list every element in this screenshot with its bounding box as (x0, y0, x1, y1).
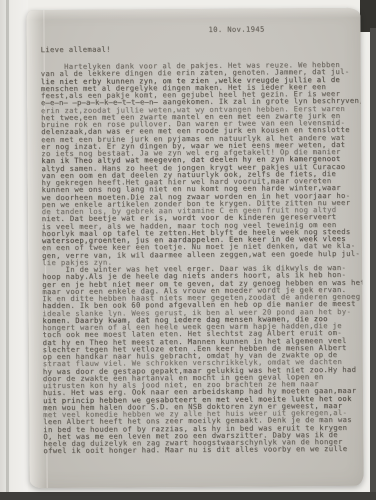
letter-line: ofwel ik ooit honger had. Maar nu is dit… (43, 445, 361, 454)
letter-photo: 10. Nov.1945 Lieve allemaal! Hartelyken … (0, 0, 376, 500)
scan-dark-edge-right (370, 28, 376, 500)
letter-content: 10. Nov.1945 Lieve allemaal! Hartelyken … (40, 24, 361, 455)
letter-salutation: Lieve allemaal! (41, 43, 359, 54)
scan-seam (6, 0, 9, 500)
letter-page: 10. Nov.1945 Lieve allemaal! Hartelyken … (26, 8, 363, 488)
letter-date: 10. Nov.1945 (208, 24, 358, 34)
scan-dark-edge-bottom (0, 492, 376, 500)
letter-body: Hartelyken dank voor al de pakjes. Het w… (41, 61, 362, 455)
scan-background-left (0, 0, 28, 500)
